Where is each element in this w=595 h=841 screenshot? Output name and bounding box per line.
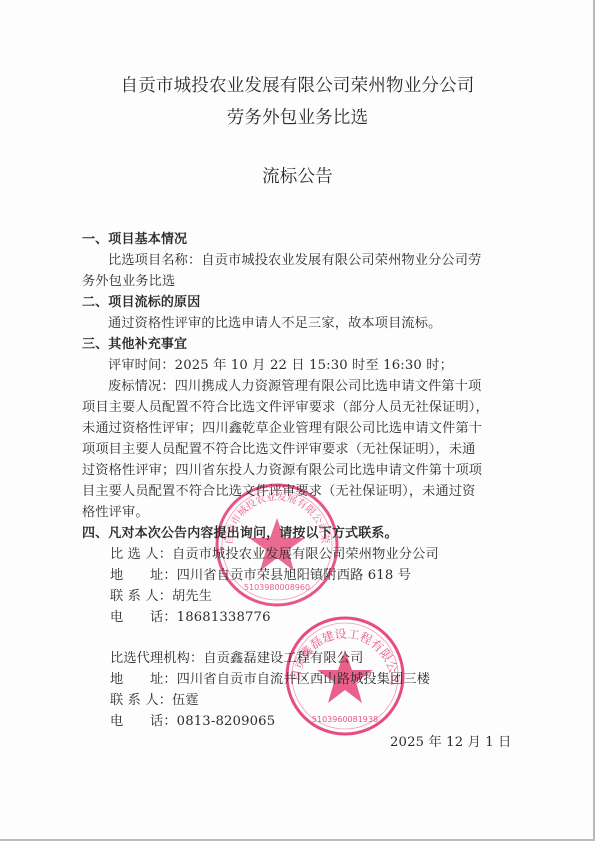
paragraph-line: 项项目主要人员配置不符合比选文件评审要求（无社保证明），未通 — [82, 438, 476, 457]
contact-purchaser: 比 选 人：自贡市城投农业发展有限公司荣州物业分公司 — [110, 543, 439, 562]
agent-contact-person: 联 系 人：伍霆 — [110, 689, 199, 708]
contact-person: 联 系 人：胡先生 — [110, 585, 212, 604]
svg-text:5103960081938: 5103960081938 — [312, 715, 378, 724]
section-heading: 三、其他补充事宜 — [82, 333, 187, 352]
svg-text:5103980008960: 5103980008960 — [244, 583, 310, 592]
paragraph-line: 务外包业务比选 — [82, 270, 175, 289]
notice-date: 2025 年 12 月 1 日 — [390, 731, 512, 750]
document-title: 自贡市城投农业发展有限公司荣州物业分公司 — [0, 72, 595, 97]
paragraph-line: 过资格性评审；四川省东投人力资源有限公司比选申请文件第十项项 — [82, 459, 482, 478]
section-heading: 二、项目流标的原因 — [82, 291, 200, 310]
contact-phone: 电 话：18681338776 — [110, 606, 271, 625]
paragraph-line: 废标情况：四川携成人力资源管理有限公司比选申请文件第十项 — [108, 375, 481, 394]
document-title-line2: 劳务外包业务比选 — [0, 104, 595, 129]
paragraph-line: 目主要人员配置不符合比选文件评审要求（无社保证明），未通过资 — [82, 480, 476, 499]
notice-subtitle: 流标公告 — [0, 163, 595, 188]
paragraph-line: 比选项目名称：自贡市城投农业发展有限公司荣州物业分公司劳 — [108, 249, 481, 268]
paragraph-line: 未通过资格性评审；四川鑫乾草企业管理有限公司比选申请文件第十 — [82, 417, 482, 436]
agent-address: 地 址：四川省自贡市自流井区西山路城投集团三楼 — [110, 668, 430, 687]
section-heading: 四、凡对本次公告内容提出询问，请按以下方式联系。 — [82, 522, 398, 541]
paragraph-line: 通过资格性评审的比选申请人不足三家，故本项目流标。 — [108, 312, 441, 331]
paragraph-line: 项目主要人员配置不符合比选文件评审要求（部分人员无社保证明）， — [82, 396, 489, 415]
contact-address: 地 址：四川省自贡市荣县旭阳镇附西路 618 号 — [110, 564, 411, 583]
section-heading: 一、项目基本情况 — [82, 228, 187, 247]
agent-name: 比选代理机构：自贡鑫磊建设工程有限公司 — [110, 647, 363, 666]
agent-phone: 电 话：0813-8209065 — [110, 710, 275, 729]
paragraph-line: 评审时间：2025 年 10 月 22 日 15:30 时至 16:30 时； — [108, 354, 453, 373]
paragraph-line: 格性评审。 — [82, 501, 149, 520]
